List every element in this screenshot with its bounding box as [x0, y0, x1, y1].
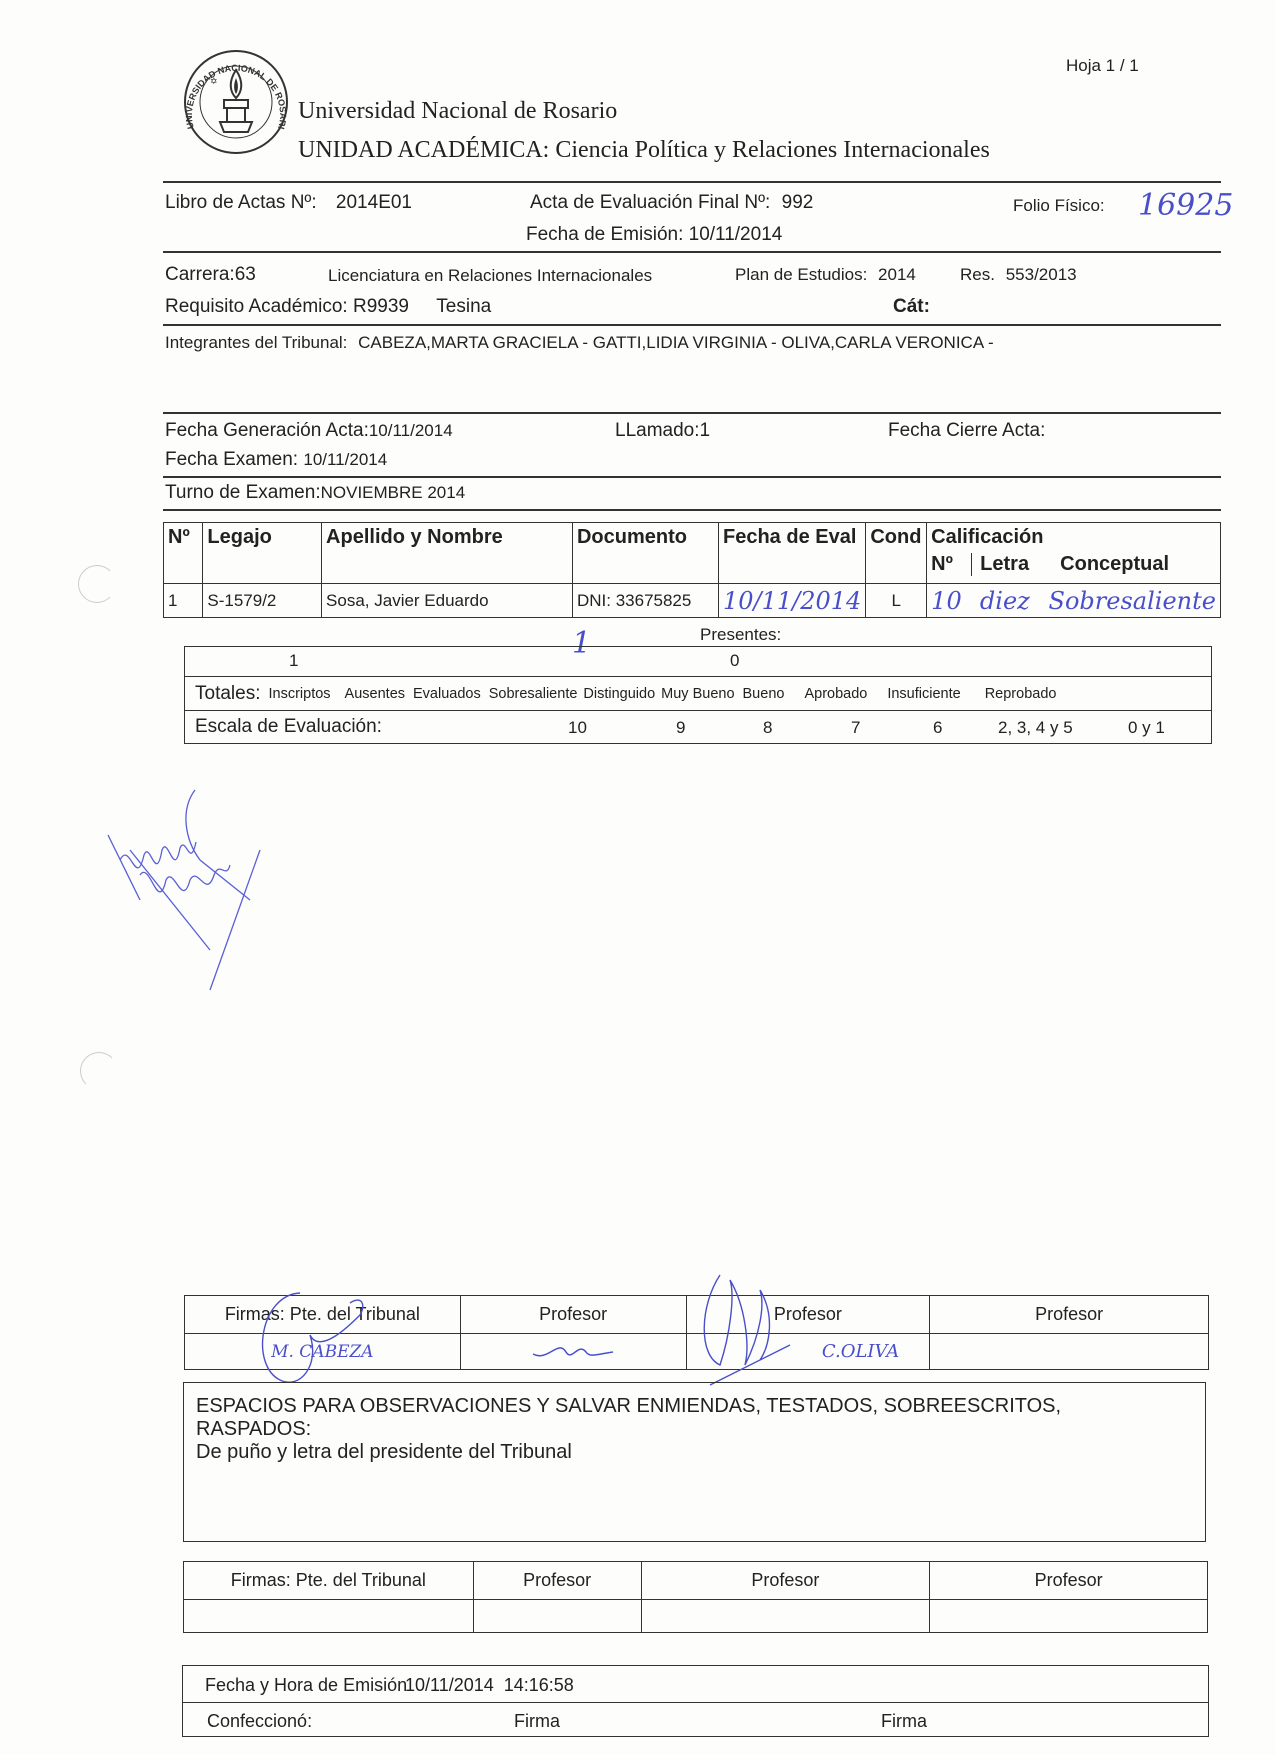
col-header-documento: Documento: [572, 523, 718, 584]
divider: [163, 324, 1221, 326]
requisito-value: R9939: [353, 296, 409, 317]
signature-profesor-3: [930, 1600, 1208, 1633]
university-seal-logo: ✡ UNIVERSIDAD NACIONAL DE ROSARIO: [182, 48, 290, 156]
cal-conceptual-handwritten: Sobresaliente: [1049, 587, 1216, 615]
emision-row: Fecha y Hora de Emisión 10/11/2014 14:16…: [183, 1666, 1208, 1703]
turno-value: NOVIEMBRE 2014: [321, 483, 466, 502]
libro-actas: Libro de Actas Nº: 2014E01: [165, 192, 412, 214]
academic-unit: UNIDAD ACADÉMICA: Ciencia Política y Rel…: [298, 137, 990, 164]
carrera-label: Carrera:: [165, 264, 235, 285]
punch-hole-mark: [78, 565, 116, 603]
escala-row: Escala de Evaluación: 10 9 8 7 6 2, 3, 4…: [185, 711, 1211, 743]
totals-col-evaluados: Evaluados: [413, 686, 481, 702]
cal-letra-header: Letra: [972, 553, 1060, 576]
divider: [163, 509, 1221, 511]
presentes-label: Presentes:: [700, 625, 781, 645]
totals-col-aprobado: Aprobado: [804, 686, 867, 702]
totales-row: Totales: Inscriptos Ausentes Evaluados S…: [185, 677, 1211, 711]
libro-value: 2014E01: [336, 192, 412, 213]
acta-label: Acta de Evaluación Final Nº:: [530, 192, 770, 213]
carrera: Carrera:63: [165, 264, 256, 286]
cell-documento: DNI: 33675825: [572, 584, 718, 618]
res-label: Res.: [960, 265, 995, 284]
signature-loop-presidente: [240, 1285, 440, 1395]
cat-label: Cát:: [893, 296, 930, 318]
ausentes-value: 0: [730, 651, 739, 671]
escala-muy-bueno: 8: [763, 718, 772, 738]
tribunal-members: CABEZA,MARTA GRACIELA - GATTI,LIDIA VIRG…: [358, 333, 993, 352]
totals-col-muy-bueno: Muy Bueno: [661, 686, 734, 702]
signature-presidente: [184, 1600, 474, 1633]
cell-fecha-handwritten: 10/11/2014: [719, 584, 866, 618]
examen-value: 10/11/2014: [303, 450, 387, 469]
escala-reprobado: 0 y 1: [1128, 718, 1165, 738]
examen-label: Fecha Examen:: [165, 449, 298, 470]
acta-numero: Acta de Evaluación Final Nº: 992: [530, 192, 813, 214]
punch-hole-mark: [80, 1052, 118, 1090]
fecha-cierre-label: Fecha Cierre Acta:: [888, 420, 1045, 442]
fecha-emision: Fecha de Emisión: 10/11/2014: [526, 224, 782, 246]
llamado-label: LLamado:: [615, 420, 700, 441]
col-header-nombre: Apellido y Nombre: [322, 523, 573, 584]
cal-letra-handwritten: diez: [980, 587, 1030, 615]
cell-nombre: Sosa, Javier Eduardo: [322, 584, 573, 618]
firma-label-1: Firma: [514, 1711, 560, 1732]
table-header-row: Nº Legajo Apellido y Nombre Documento Fe…: [164, 523, 1221, 584]
firma-label-2: Firma: [881, 1711, 927, 1732]
plan-label: Plan de Estudios:: [735, 265, 867, 284]
totals-col-distinguido: Distinguido: [583, 686, 655, 702]
cell-n: 1: [164, 584, 203, 618]
generacion-label: Fecha Generación Acta:: [165, 420, 369, 441]
col-header-cond: Cond: [866, 523, 927, 584]
requisito: Requisito Académico: R9939 Tesina: [165, 296, 491, 318]
resolucion: Res. 553/2013: [960, 265, 1077, 285]
signature-scribble-icon: [528, 1334, 618, 1364]
observaciones-title: ESPACIOS PARA OBSERVACIONES Y SALVAR ENM…: [196, 1395, 1096, 1441]
emision-value: 10/11/2014: [689, 224, 783, 245]
acta-value: 992: [782, 192, 814, 213]
divider: [163, 412, 1221, 414]
calificacion-label: Calificación: [931, 526, 1216, 549]
escala-aprobado: 6: [933, 718, 942, 738]
cell-cond: L: [866, 584, 927, 618]
plan-value: 2014: [878, 265, 916, 284]
escala-sobresaliente: 10: [568, 718, 587, 738]
fecha-examen: Fecha Examen: 10/11/2014: [165, 449, 387, 471]
tribunal: Integrantes del Tribunal: CABEZA,MARTA G…: [165, 333, 994, 353]
col-header-legajo: Legajo: [203, 523, 322, 584]
signature-profesor-1: [473, 1600, 641, 1633]
table-row: 1 S-1579/2 Sosa, Javier Eduardo DNI: 336…: [164, 584, 1221, 618]
divider: [163, 476, 1221, 478]
folio-label: Folio Físico:: [1013, 196, 1105, 216]
totals-box: 1 0 Totales: Inscriptos Ausentes Evaluad…: [184, 646, 1212, 744]
firma-header-profesor-1: Profesor: [460, 1296, 686, 1334]
emision-value: 10/11/2014 14:16:58: [405, 1675, 574, 1696]
tribunal-label: Integrantes del Tribunal:: [165, 333, 347, 352]
escala-label: Escala de Evaluación:: [195, 716, 382, 738]
carrera-name: Licenciatura en Relaciones Internacional…: [328, 266, 652, 286]
inscriptos-value: 1: [289, 651, 298, 671]
requisito-label: Requisito Académico:: [165, 296, 348, 317]
cal-conceptual-header: Conceptual: [1060, 553, 1169, 576]
divider: [163, 251, 1221, 253]
firma-header-profesor-1: Profesor: [473, 1562, 641, 1600]
folio-handwritten: 16925: [1138, 188, 1233, 223]
totals-values-row: 1 0: [185, 647, 1211, 677]
col-header-fecha: Fecha de Eval: [719, 523, 866, 584]
emision-label: Fecha de Emisión:: [526, 224, 683, 245]
totals-col-insuficiente: Insuficiente: [887, 686, 960, 702]
totales-label: Totales:: [195, 683, 260, 705]
turno-examen: Turno de Examen:NOVIEMBRE 2014: [165, 482, 465, 504]
divider: [163, 181, 1221, 183]
cell-legajo: S-1579/2: [203, 584, 322, 618]
calificacion-subheaders: Nº Letra Conceptual: [931, 553, 1216, 576]
firmas-table-2: Firmas: Pte. del Tribunal Profesor Profe…: [183, 1561, 1208, 1633]
firmas-signature-row: [184, 1600, 1208, 1633]
col-header-calificacion: Calificación Nº Letra Conceptual: [927, 523, 1221, 584]
handwritten-signature: [100, 780, 280, 1010]
totals-col-reprobado: Reprobado: [985, 686, 1057, 702]
page-indicator: Hoja 1 / 1: [1066, 56, 1139, 76]
emision-box: Fecha y Hora de Emisión 10/11/2014 14:16…: [182, 1665, 1209, 1737]
escala-distinguido: 9: [676, 718, 685, 738]
turno-label: Turno de Examen:: [165, 482, 321, 503]
confecciono-row: Confeccionó: Firma Firma: [183, 1703, 1208, 1735]
firmas-header-row: Firmas: Pte. del Tribunal Profesor Profe…: [184, 1562, 1208, 1600]
cal-n-header: Nº: [931, 553, 972, 576]
escala-bueno: 7: [851, 718, 860, 738]
university-name: Universidad Nacional de Rosario: [298, 98, 617, 125]
res-value: 553/2013: [1006, 265, 1077, 284]
signature-profesor-3: [930, 1334, 1209, 1370]
cal-n-handwritten: 10: [931, 587, 971, 615]
totals-col-bueno: Bueno: [743, 686, 785, 702]
observaciones-box: ESPACIOS PARA OBSERVACIONES Y SALVAR ENM…: [183, 1382, 1206, 1542]
firma-header-profesor-2: Profesor: [641, 1562, 930, 1600]
totals-col-inscriptos: Inscriptos: [268, 686, 330, 702]
fecha-generacion: Fecha Generación Acta:10/11/2014: [165, 420, 453, 442]
firma-header-profesor-3: Profesor: [930, 1562, 1208, 1600]
signature-loop-oliva: [690, 1265, 800, 1395]
students-table: Nº Legajo Apellido y Nombre Documento Fe…: [163, 522, 1221, 618]
firma-header-presidente: Firmas: Pte. del Tribunal: [184, 1562, 474, 1600]
firma-header-profesor-3: Profesor: [930, 1296, 1209, 1334]
confecciono-label: Confeccionó:: [207, 1711, 312, 1732]
signature-profesor-2: [641, 1600, 930, 1633]
libro-label: Libro de Actas Nº:: [165, 192, 317, 213]
observaciones-note: De puño y letra del presidente del Tribu…: [196, 1441, 1193, 1464]
generacion-value: 10/11/2014: [369, 421, 453, 440]
totals-col-ausentes: Ausentes: [345, 686, 405, 702]
emision-label: Fecha y Hora de Emisión: [205, 1675, 407, 1696]
requisito-name: Tesina: [436, 296, 491, 317]
escala-insuficiente: 2, 3, 4 y 5: [998, 718, 1073, 738]
cell-calificacion: 10 diez Sobresaliente: [927, 584, 1221, 618]
col-header-n: Nº: [164, 523, 203, 584]
plan-estudios: Plan de Estudios: 2014: [735, 265, 916, 285]
llamado: LLamado:1: [615, 420, 710, 442]
llamado-value: 1: [700, 420, 711, 441]
carrera-value: 63: [235, 264, 256, 285]
signature-profesor-1: [460, 1334, 686, 1370]
totals-col-sobresaliente: Sobresaliente: [489, 686, 578, 702]
